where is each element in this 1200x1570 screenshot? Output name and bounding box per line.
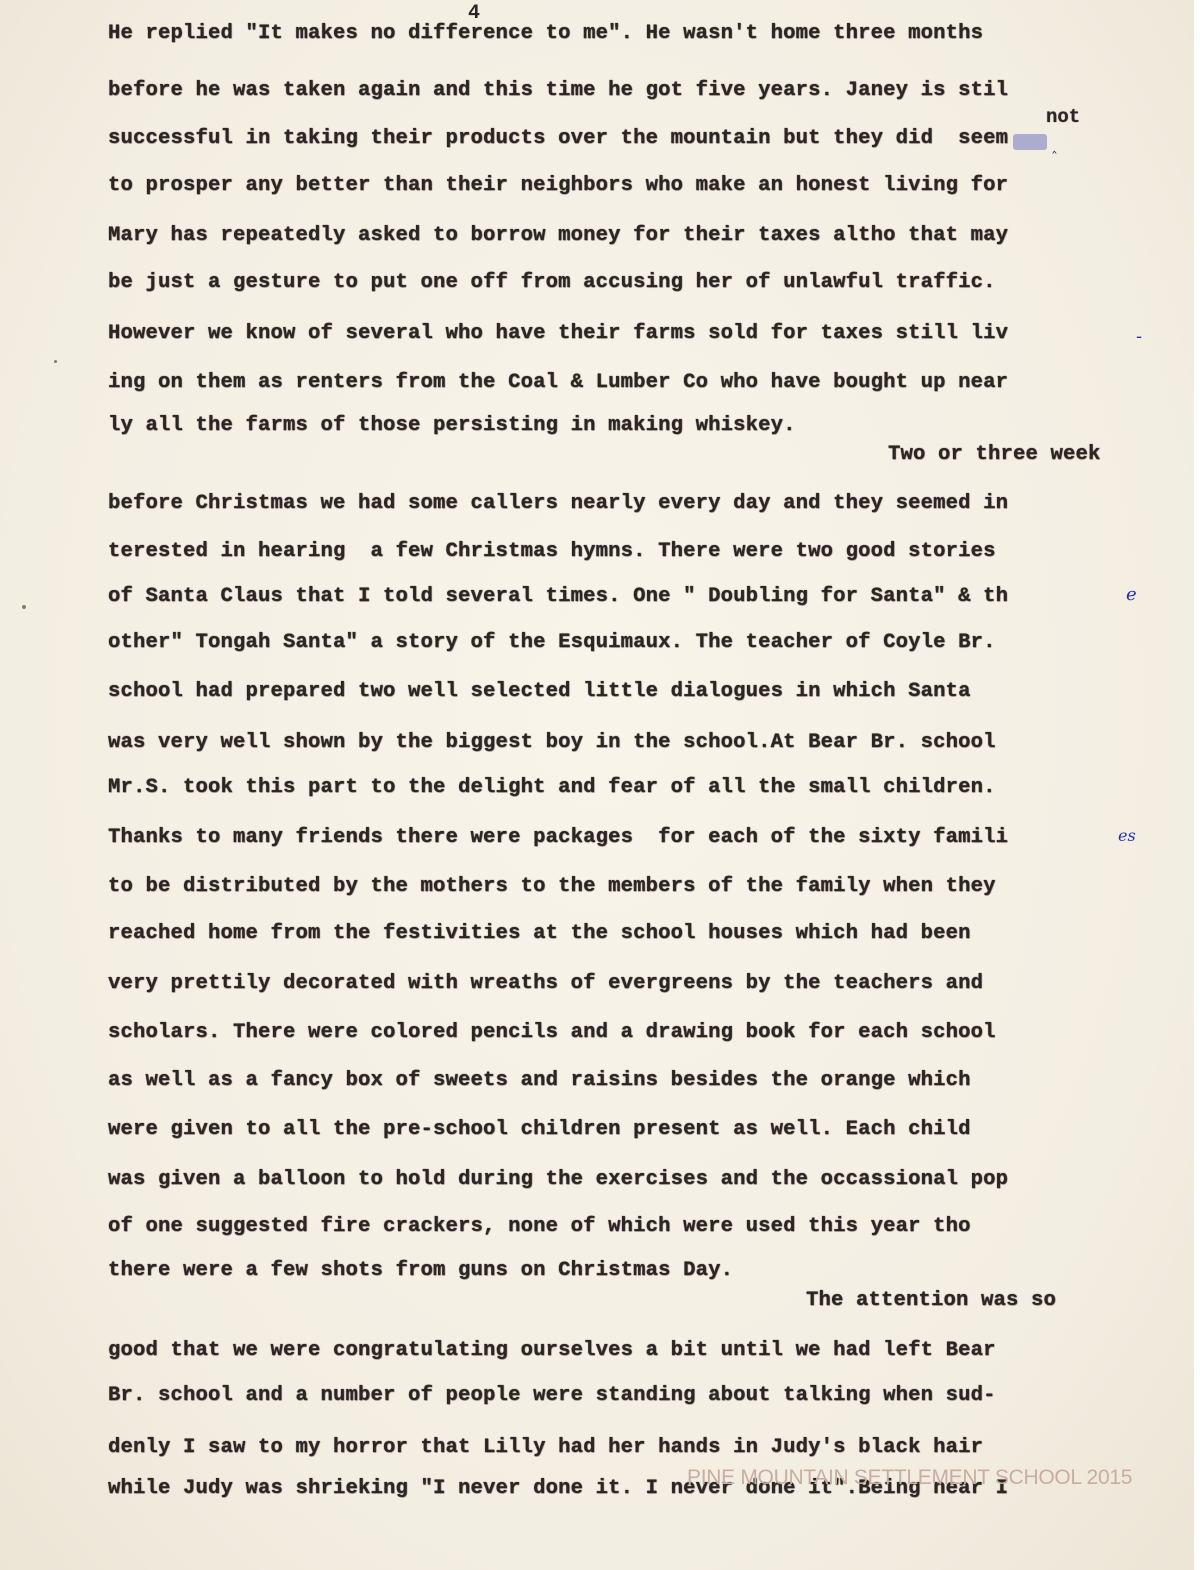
text-line: Br. school and a number of people were s… bbox=[108, 1384, 996, 1407]
text-line: be just a gesture to put one off from ac… bbox=[108, 271, 996, 294]
text-line: other" Tongah Santa" a story of the Esqu… bbox=[108, 631, 996, 654]
text-line: Mr.S. took this part to the delight and … bbox=[108, 776, 996, 799]
text-line: very prettily decorated with wreaths of … bbox=[108, 972, 983, 995]
text-line-indented: Two or three week bbox=[888, 443, 1101, 466]
typed-insertion-not: not bbox=[1046, 106, 1080, 128]
scan-edge bbox=[1194, 0, 1200, 1570]
text-line: good that we were congratulating ourselv… bbox=[108, 1339, 996, 1362]
text-line: was very well shown by the biggest boy i… bbox=[108, 731, 996, 754]
text-line: Thanks to many friends there were packag… bbox=[108, 826, 1008, 849]
text-line: to be distributed by the mothers to the … bbox=[108, 875, 996, 898]
text-line: successful in taking their products over… bbox=[108, 127, 1008, 150]
handwritten-letter-e: e bbox=[1126, 584, 1137, 605]
text-line: school had prepared two well selected li… bbox=[108, 680, 971, 703]
ink-overstrike bbox=[1013, 134, 1047, 150]
text-line: scholars. There were colored pencils and… bbox=[108, 1021, 996, 1044]
text-line: reached home from the festivities at the… bbox=[108, 922, 971, 945]
text-line-indented: The attention was so bbox=[806, 1289, 1056, 1312]
text-line: there were a few shots from guns on Chri… bbox=[108, 1259, 733, 1282]
text-line: of Santa Claus that I told several times… bbox=[108, 585, 1008, 608]
text-line: ly all the farms of those persisting in … bbox=[108, 414, 796, 437]
text-line: However we know of several who have thei… bbox=[108, 322, 1008, 345]
handwritten-hyphen: - bbox=[1136, 326, 1142, 347]
scan-speck bbox=[22, 605, 26, 609]
text-line: Mary has repeatedly asked to borrow mone… bbox=[108, 224, 1008, 247]
text-line: denly I saw to my horror that Lilly had … bbox=[108, 1436, 983, 1459]
scan-speck bbox=[54, 360, 57, 363]
text-line: were given to all the pre-school childre… bbox=[108, 1118, 971, 1141]
text-line: terested in hearing a few Christmas hymn… bbox=[108, 540, 996, 563]
text-line: as well as a fancy box of sweets and rai… bbox=[108, 1069, 971, 1092]
text-line: to prosper any better than their neighbo… bbox=[108, 174, 1008, 197]
text-line: He replied "It makes no difference to me… bbox=[108, 22, 983, 45]
text-line: before he was taken again and this time … bbox=[108, 79, 1008, 102]
text-line: ing on them as renters from the Coal & L… bbox=[108, 371, 1008, 394]
watermark: PINE MOUNTAIN SETTLEMENT SCHOOL 2015 bbox=[687, 1466, 1132, 1490]
text-line: of one suggested fire crackers, none of … bbox=[108, 1215, 971, 1238]
handwritten-letters-es: es bbox=[1118, 826, 1136, 845]
insertion-caret-icon: ‸ bbox=[1052, 138, 1057, 154]
text-line: before Christmas we had some callers nea… bbox=[108, 492, 1008, 515]
text-line: was given a balloon to hold during the e… bbox=[108, 1168, 1008, 1191]
